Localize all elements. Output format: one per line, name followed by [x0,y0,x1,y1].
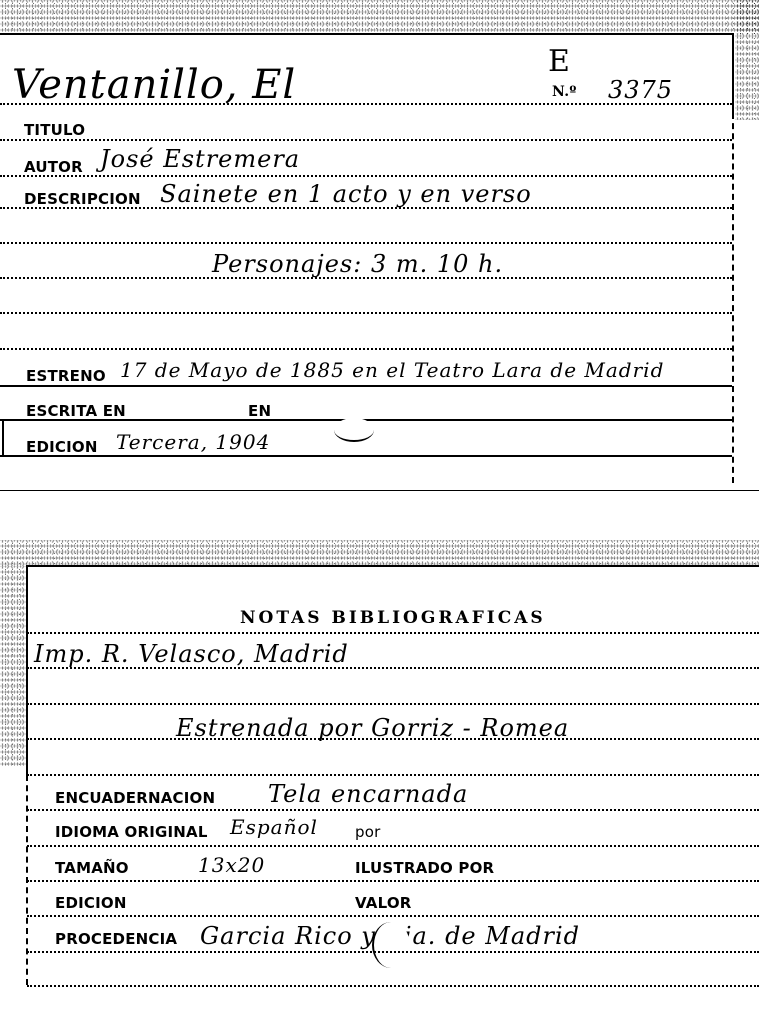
rule [27,809,759,811]
idioma-original-label: IDIOMA ORIGINAL [55,823,208,841]
hole-punch-mark [372,922,410,968]
idioma-original-value: Español [230,815,318,839]
scan-noise-top [0,540,759,566]
tamano-value: 13x20 [198,853,265,877]
card-left-border [26,565,28,775]
rule [0,175,732,177]
card-title: Ventanillo, El [12,62,296,108]
classification-letter: E [548,44,571,79]
encuadernacion-value: Tela encarnada [268,780,468,808]
hole-punch-mark [334,418,374,442]
descripcion-value: Sainete en 1 acto y en verso [160,180,532,208]
personajes-value: Personajes: 3 m. 10 h. [212,250,503,278]
card-right-border [732,33,734,113]
rule [27,845,759,847]
encuadernacion-label: ENCUADERNACION [55,789,215,807]
rule [27,774,759,776]
rule [27,915,759,917]
rule [0,312,732,314]
number-value: 3375 [608,76,673,104]
number-label: N.º [552,84,577,100]
tamano-label: TAMAÑO [55,859,129,877]
rule [0,103,732,105]
rule [27,985,759,987]
rule [0,207,732,209]
notas-heading: NOTAS BIBLIOGRAFICAS [240,608,546,628]
scan-noise-left [0,566,26,766]
procedencia-label: PROCEDENCIA [55,930,177,948]
descripcion-label: DESCRIPCION [24,190,141,208]
escrita-en-label: ESCRITA EN [26,402,126,420]
autor-label: AUTOR [24,158,83,176]
note-line-1: Imp. R. Velasco, Madrid [34,640,349,668]
rule [0,385,732,387]
card-top-border [0,33,734,35]
card-left-border [2,419,4,455]
edicion2-label: EDICION [55,894,127,912]
estreno-label: ESTRENO [26,367,106,385]
card-top-border [27,565,759,567]
autor-value: José Estremera [100,145,300,173]
rule [27,951,759,953]
titulo-label: TITULO [24,121,85,139]
rule [27,880,759,882]
rule [0,455,732,457]
card-bottom-edge [0,490,759,491]
card-right-border-dashed [732,113,734,483]
en-label: EN [248,402,271,420]
por-label: por [355,823,380,841]
rule [27,738,759,740]
estreno-value: 17 de Mayo de 1885 en el Teatro Lara de … [120,358,664,382]
rule [0,277,732,279]
rule [27,703,759,705]
rule [27,667,759,669]
rule [27,632,759,634]
valor-label: VALOR [355,894,412,912]
rule [0,242,732,244]
edicion-value: Tercera, 1904 [116,430,270,454]
rule [0,139,732,141]
ilustrado-por-label: ILUSTRADO POR [355,859,494,877]
scan-noise-right [735,0,759,120]
scan-noise-top [0,0,759,34]
rule [0,348,732,350]
edicion-label: EDICION [26,438,98,456]
